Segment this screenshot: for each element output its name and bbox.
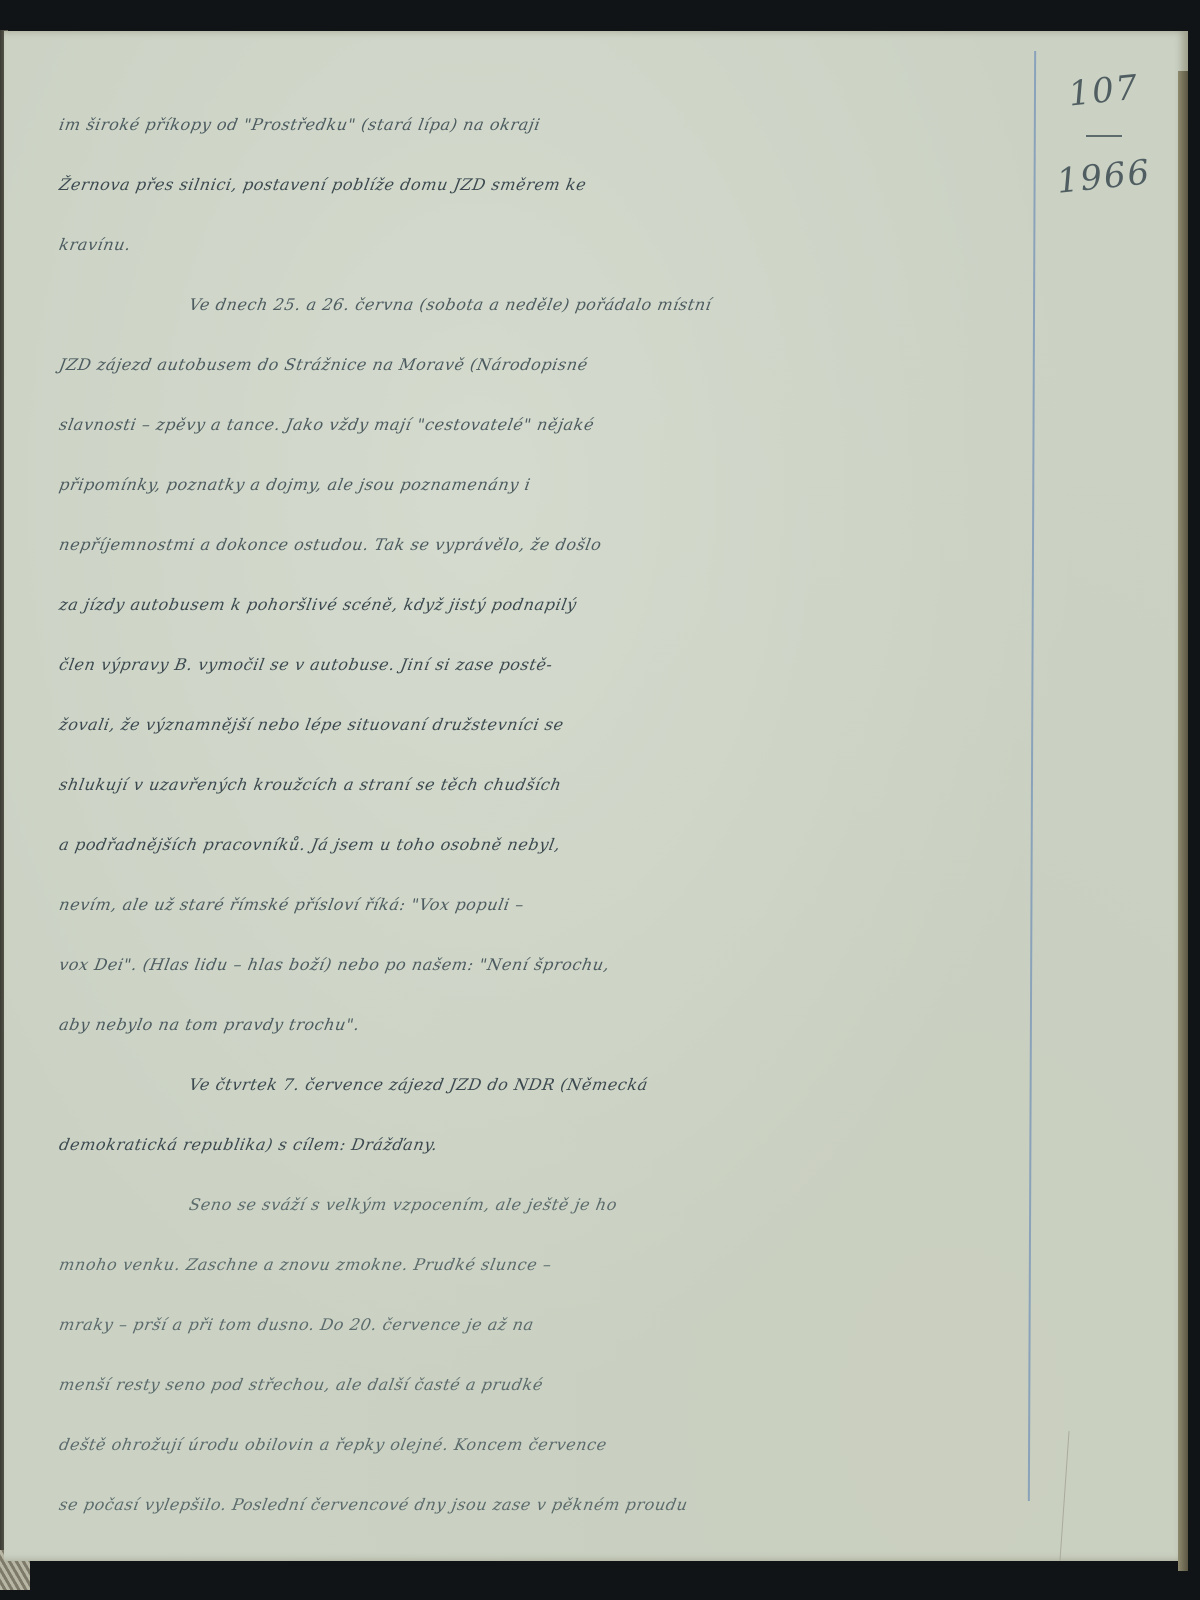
text-line: za jízdy autobusem k pohoršlivé scéně, k…	[54, 575, 1050, 635]
chronicle-page: 107 1966 im široké příkopy od "Prostředk…	[4, 31, 1188, 1561]
text-line: žovali, že významnější nebo lépe situova…	[54, 695, 1050, 755]
text-line: deště ohrožují úrodu obilovin a řepky ol…	[54, 1415, 1050, 1475]
margin-notes: 107 1966	[1044, 71, 1164, 197]
text-line: Žernova přes silnici, postavení poblíže …	[54, 155, 1050, 215]
text-line: vox Dei". (Hlas lidu – hlas boží) nebo p…	[54, 935, 1050, 995]
paragraph-start-line: Seno se sváží s velkým vzpocením, ale je…	[54, 1175, 1050, 1235]
text-line: JZD zájezd autobusem do Strážnice na Mor…	[54, 335, 1050, 395]
faint-pencil-line	[1059, 1431, 1069, 1561]
handwritten-text: im široké příkopy od "Prostředku" (stará…	[54, 95, 1039, 1535]
text-line: slavnosti – zpěvy a tance. Jako vždy maj…	[54, 395, 1050, 455]
text-line: nepříjemnostmi a dokonce ostudou. Tak se…	[54, 515, 1050, 575]
year-label: 1966	[1042, 151, 1166, 203]
text-line: aby nebylo na tom pravdy trochu".	[54, 995, 1050, 1055]
page-number: 107	[1042, 65, 1166, 117]
text-line: mraky – prší a při tom dusno. Do 20. čer…	[54, 1295, 1050, 1355]
text-line: připomínky, poznatky a dojmy, ale jsou p…	[54, 455, 1050, 515]
paragraph-start-line: Ve čtvrtek 7. července zájezd JZD do NDR…	[54, 1055, 1050, 1115]
text-line: menší resty seno pod střechou, ale další…	[54, 1355, 1050, 1415]
text-line: se počasí vylepšilo. Poslední červencové…	[54, 1475, 1050, 1535]
text-line: demokratická republika) s cílem: Drážďan…	[54, 1115, 1050, 1175]
text-line: a podřadnějších pracovníků. Já jsem u to…	[54, 815, 1050, 875]
scanned-document: 107 1966 im široké příkopy od "Prostředk…	[0, 0, 1200, 1600]
text-line: kravínu.	[54, 215, 1050, 275]
text-line: mnoho venku. Zaschne a znovu zmokne. Pru…	[54, 1235, 1050, 1295]
margin-divider	[1086, 135, 1122, 137]
text-line: shlukují v uzavřených kroužcích a straní…	[54, 755, 1050, 815]
text-line: im široké příkopy od "Prostředku" (stará…	[54, 95, 1050, 155]
text-line: člen výpravy B. vymočil se v autobuse. J…	[54, 635, 1050, 695]
paragraph-start-line: Ve dnech 25. a 26. června (sobota a nedě…	[54, 275, 1050, 335]
page-edge	[1178, 71, 1188, 1571]
text-line: nevím, ale už staré římské přísloví říká…	[54, 875, 1050, 935]
